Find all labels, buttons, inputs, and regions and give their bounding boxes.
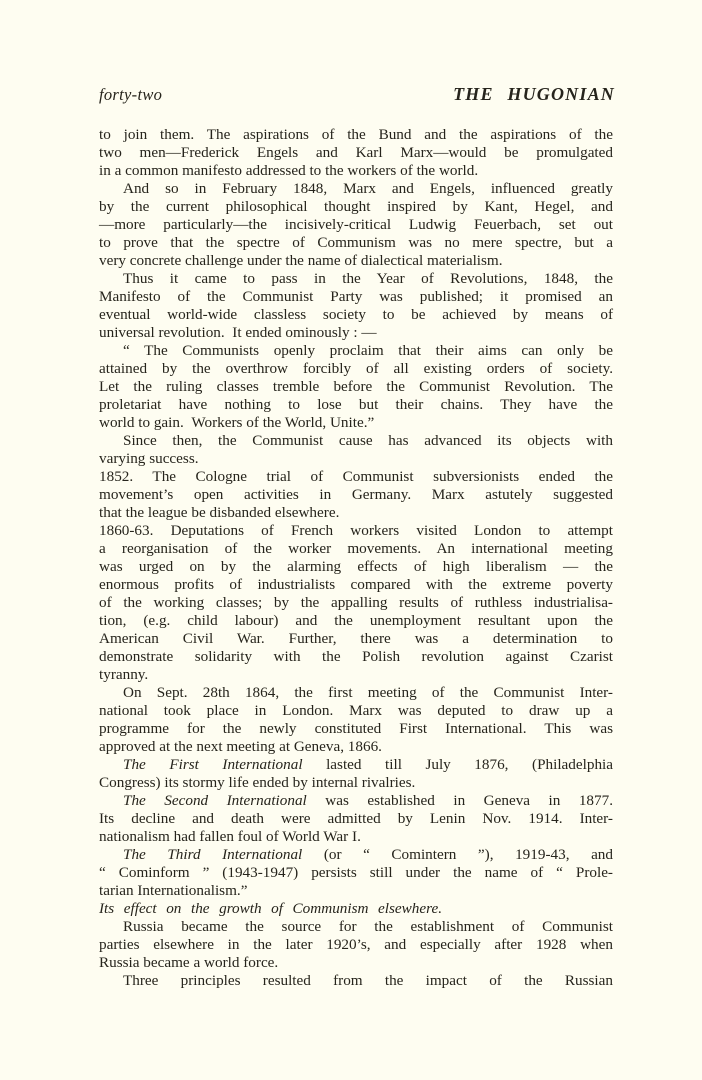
text-line: Thus it came to pass in the Year of Revo…	[99, 270, 613, 288]
text-line: “ The Communists openly proclaim that th…	[99, 342, 613, 360]
text-line: Congress) its stormy life ended by inter…	[99, 774, 613, 792]
text-line: 1852. The Cologne trial of Communist sub…	[99, 468, 613, 486]
text-segment: approved at the next meeting at Geneva, …	[99, 738, 382, 755]
text-segment: very concrete challenge under the name o…	[99, 252, 503, 269]
text-segment: nationalism had fallen foul of World War…	[99, 828, 361, 845]
page-header: forty-two THE HUGONIAN	[99, 84, 615, 105]
paragraph: Three principles resulted from the impac…	[99, 972, 613, 990]
text-line: Let the ruling classes tremble before th…	[99, 378, 613, 396]
text-segment: 1860-63. Deputations of French workers v…	[99, 522, 613, 539]
text-segment: American Civil War. Further, there was a…	[99, 630, 613, 647]
paragraph: The Second International was established…	[99, 792, 613, 846]
text-line: was urged on by the alarming effects of …	[99, 558, 613, 576]
text-line: On Sept. 28th 1864, the first meeting of…	[99, 684, 613, 702]
text-segment: Its decline and death were admitted by L…	[99, 810, 613, 827]
paragraph: On Sept. 28th 1864, the first meeting of…	[99, 684, 613, 756]
text-segment: world to gain. Workers of the World, Uni…	[99, 414, 374, 431]
text-segment: “ Cominform ” (1943-1947) persists still…	[99, 864, 613, 881]
text-line: world to gain. Workers of the World, Uni…	[99, 414, 613, 432]
text-line: tyranny.	[99, 666, 613, 684]
text-line: demonstrate solidarity with the Polish r…	[99, 648, 613, 666]
text-line: Its effect on the growth of Communism el…	[99, 900, 613, 918]
text-segment: to join them. The aspirations of the Bun…	[99, 126, 613, 143]
text-segment: 1852. The Cologne trial of Communist sub…	[99, 468, 613, 485]
text-line: very concrete challenge under the name o…	[99, 252, 613, 270]
text-line: a reorganisation of the worker movements…	[99, 540, 613, 558]
page-number-folio: forty-two	[99, 85, 162, 105]
journal-title: THE HUGONIAN	[453, 84, 615, 105]
text-line: national took place in London. Marx was …	[99, 702, 613, 720]
text-segment: tion, (e.g. child labour) and the unempl…	[99, 612, 613, 629]
text-line: tarian Internationalism.”	[99, 882, 613, 900]
text-line: by the current philosophical thought ins…	[99, 198, 613, 216]
text-segment: by the current philosophical thought ins…	[99, 198, 613, 215]
text-segment: two men—Frederick Engels and Karl Marx—w…	[99, 144, 613, 161]
text-line: varying success.	[99, 450, 613, 468]
text-line: programme for the newly constituted Firs…	[99, 720, 613, 738]
text-segment: that the league be disbanded elsewhere.	[99, 504, 339, 521]
text-segment: to prove that the spectre of Communism w…	[99, 234, 613, 251]
text-segment: was urged on by the alarming effects of …	[99, 558, 613, 575]
paragraph: The Third International (or “ Comintern …	[99, 846, 613, 900]
italic-text-segment: Its effect on the growth of Communism el…	[99, 900, 442, 917]
text-line: eventual world-wide classless society to…	[99, 306, 613, 324]
paragraph: And so in February 1848, Marx and Engels…	[99, 180, 613, 270]
text-segment: universal revolution. It ended ominously…	[99, 324, 377, 341]
text-segment: parties elsewhere in the later 1920’s, a…	[99, 936, 613, 953]
text-line: universal revolution. It ended ominously…	[99, 324, 613, 342]
text-line: Three principles resulted from the impac…	[99, 972, 613, 990]
italic-text-segment: The Third International	[123, 846, 302, 863]
text-line: American Civil War. Further, there was a…	[99, 630, 613, 648]
text-segment: Congress) its stormy life ended by inter…	[99, 774, 415, 791]
text-segment: Let the ruling classes tremble before th…	[99, 378, 613, 395]
text-line: that the league be disbanded elsewhere.	[99, 504, 613, 522]
text-segment: proletariat have nothing to lose but the…	[99, 396, 613, 413]
text-line: Since then, the Communist cause has adva…	[99, 432, 613, 450]
text-segment: was established in Geneva in 1877.	[307, 792, 613, 809]
paragraph: to join them. The aspirations of the Bun…	[99, 126, 613, 180]
text-segment: movement’s open activities in Germany. M…	[99, 486, 613, 503]
text-segment: Russia became a world force.	[99, 954, 278, 971]
scanned-book-page: forty-two THE HUGONIAN to join them. The…	[0, 0, 702, 1080]
paragraph: Its effect on the growth of Communism el…	[99, 900, 613, 918]
text-line: parties elsewhere in the later 1920’s, a…	[99, 936, 613, 954]
text-line: in a common manifesto addressed to the w…	[99, 162, 613, 180]
text-line: nationalism had fallen foul of World War…	[99, 828, 613, 846]
italic-text-segment: The First International	[123, 756, 303, 773]
text-segment: lasted till July 1876, (Philadelphia	[303, 756, 613, 773]
text-block: to join them. The aspirations of the Bun…	[99, 126, 613, 990]
text-segment: eventual world-wide classless society to…	[99, 306, 613, 323]
text-line: movement’s open activities in Germany. M…	[99, 486, 613, 504]
text-segment: (or “ Comintern ”), 1919-43, and	[302, 846, 613, 863]
text-segment: Thus it came to pass in the Year of Revo…	[123, 270, 613, 287]
text-segment: attained by the overthrow forcibly of al…	[99, 360, 613, 377]
text-line: The Third International (or “ Comintern …	[99, 846, 613, 864]
text-segment: Three principles resulted from the impac…	[123, 972, 613, 989]
text-line: The Second International was established…	[99, 792, 613, 810]
text-segment: national took place in London. Marx was …	[99, 702, 613, 719]
text-segment: a reorganisation of the worker movements…	[99, 540, 613, 557]
text-line: Manifesto of the Communist Party was pub…	[99, 288, 613, 306]
italic-text-segment: The Second International	[123, 792, 307, 809]
text-line: approved at the next meeting at Geneva, …	[99, 738, 613, 756]
text-line: “ Cominform ” (1943-1947) persists still…	[99, 864, 613, 882]
text-line: attained by the overthrow forcibly of al…	[99, 360, 613, 378]
paragraph: 1852. The Cologne trial of Communist sub…	[99, 468, 613, 522]
text-line: And so in February 1848, Marx and Engels…	[99, 180, 613, 198]
text-line: The First International lasted till July…	[99, 756, 613, 774]
paragraph: Russia became the source for the establi…	[99, 918, 613, 972]
text-segment: On Sept. 28th 1864, the first meeting of…	[123, 684, 613, 701]
paragraph: “ The Communists openly proclaim that th…	[99, 342, 613, 432]
paragraph: Since then, the Communist cause has adva…	[99, 432, 613, 468]
text-line: Russia became a world force.	[99, 954, 613, 972]
text-line: of the working classes; by the appalling…	[99, 594, 613, 612]
text-line: proletariat have nothing to lose but the…	[99, 396, 613, 414]
text-segment: Since then, the Communist cause has adva…	[123, 432, 613, 449]
text-segment: —more particularly—the incisively-critic…	[99, 216, 613, 233]
text-segment: in a common manifesto addressed to the w…	[99, 162, 478, 179]
text-line: —more particularly—the incisively-critic…	[99, 216, 613, 234]
text-line: two men—Frederick Engels and Karl Marx—w…	[99, 144, 613, 162]
text-segment: And so in February 1848, Marx and Engels…	[123, 180, 613, 197]
text-line: Its decline and death were admitted by L…	[99, 810, 613, 828]
text-segment: varying success.	[99, 450, 199, 467]
text-line: Russia became the source for the establi…	[99, 918, 613, 936]
text-segment: tarian Internationalism.”	[99, 882, 247, 899]
text-line: to join them. The aspirations of the Bun…	[99, 126, 613, 144]
text-line: tion, (e.g. child labour) and the unempl…	[99, 612, 613, 630]
text-segment: enormous profits of industrialists compa…	[99, 576, 613, 593]
text-segment: of the working classes; by the appalling…	[99, 594, 613, 611]
text-segment: Manifesto of the Communist Party was pub…	[99, 288, 613, 305]
text-segment: demonstrate solidarity with the Polish r…	[99, 648, 613, 665]
text-segment: “ The Communists openly proclaim that th…	[123, 342, 613, 359]
text-segment: tyranny.	[99, 666, 148, 683]
paragraph: The First International lasted till July…	[99, 756, 613, 792]
text-line: enormous profits of industrialists compa…	[99, 576, 613, 594]
paragraph: 1860-63. Deputations of French workers v…	[99, 522, 613, 684]
text-line: 1860-63. Deputations of French workers v…	[99, 522, 613, 540]
text-line: to prove that the spectre of Communism w…	[99, 234, 613, 252]
paragraph: Thus it came to pass in the Year of Revo…	[99, 270, 613, 342]
text-segment: programme for the newly constituted Firs…	[99, 720, 613, 737]
text-segment: Russia became the source for the establi…	[123, 918, 613, 935]
